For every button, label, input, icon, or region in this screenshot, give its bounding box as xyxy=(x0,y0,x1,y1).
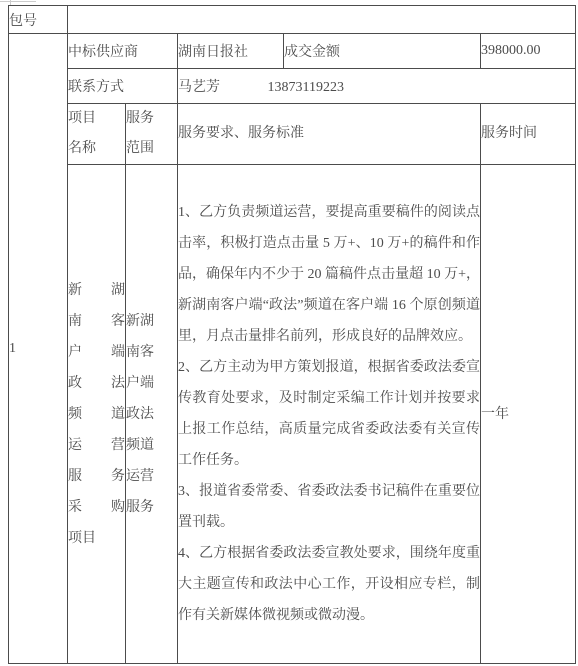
table-remnant-horizontal-line xyxy=(0,1,36,2)
service-scope-cell: 新湖南客户端政法频道运营服务 xyxy=(126,165,178,664)
contact-row: 联系方式 马艺芳 13873119223 xyxy=(9,69,576,104)
service-scope: 新湖南客户端政法频道运营服务 xyxy=(126,306,177,523)
column-header-row: 项目名称 服务范围 服务要求、服务标准 服务时间 xyxy=(9,104,576,165)
contact-value-cell: 马艺芳 13873119223 xyxy=(178,69,576,104)
project-name: 新湖南客户端政法频道运营服务采购项目 xyxy=(68,275,125,554)
header-project-name-cell: 项目名称 xyxy=(68,104,126,165)
header-project-name: 项目名称 xyxy=(68,104,125,164)
contact-label: 联系方式 xyxy=(68,69,178,104)
package-label: 包号 xyxy=(9,6,68,34)
detail-row: 新湖南客户端政法频道运营服务采购项目 新湖南客户端政法频道运营服务 1、乙方负责… xyxy=(9,165,576,664)
requirement-item-1: 1、乙方负责频道运营，要提高重要稿件的阅读点击率，积极打造点击量 5 万+、10… xyxy=(178,197,480,352)
requirement-item-2: 2、乙方主动为甲方策划报道，根据省委政法委宣传教育处要求，及时制定采编工作计划并… xyxy=(178,352,480,476)
package-header-empty-cell xyxy=(68,6,576,34)
procurement-result-table: 包号 1 中标供应商 湖南日报社 成交金额 398000.00 联系方式 马艺芳… xyxy=(8,5,576,664)
service-time-value: 一年 xyxy=(481,165,576,664)
amount-value: 398000.00 xyxy=(481,34,576,69)
header-service-requirements: 服务要求、服务标准 xyxy=(178,104,481,165)
header-service-scope: 服务范围 xyxy=(126,104,177,164)
service-requirements-cell: 1、乙方负责频道运营，要提高重要稿件的阅读点击率，积极打造点击量 5 万+、10… xyxy=(178,165,481,664)
amount-label: 成交金额 xyxy=(284,34,481,69)
header-service-time: 服务时间 xyxy=(481,104,576,165)
supplier-label: 中标供应商 xyxy=(68,34,178,69)
supplier-row: 1 中标供应商 湖南日报社 成交金额 398000.00 xyxy=(9,34,576,69)
package-header-row: 包号 xyxy=(9,6,576,34)
contact-name: 马艺芳 xyxy=(178,80,220,95)
package-number: 1 xyxy=(9,34,68,664)
project-name-cell: 新湖南客户端政法频道运营服务采购项目 xyxy=(68,165,126,664)
requirement-item-4: 4、乙方根据省委政法委宣教处要求，围绕年度重大主题宣传和政法中心工作，开设相应专… xyxy=(178,538,480,631)
contact-phone: 13873119223 xyxy=(268,80,344,95)
header-service-scope-cell: 服务范围 xyxy=(126,104,178,165)
requirement-item-3: 3、报道省委常委、省委政法委书记稿件在重要位置刊载。 xyxy=(178,476,480,538)
supplier-name: 湖南日报社 xyxy=(178,34,284,69)
